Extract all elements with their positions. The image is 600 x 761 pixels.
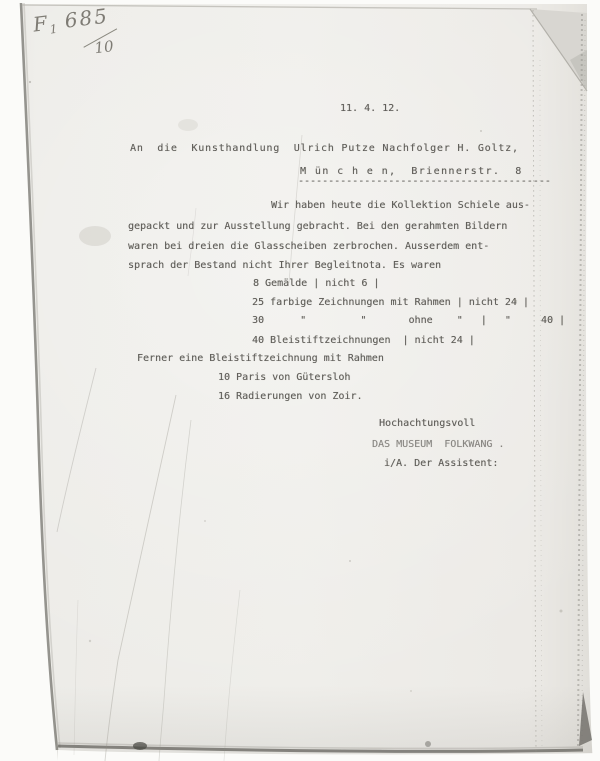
closing-signature: i/A. Der Assistent:: [384, 458, 498, 470]
additional-line-1: Ferner eine Bleistiftzeichnung mit Rahme…: [137, 353, 384, 365]
inventory-item-1: 8 Gemälde | nicht 6 |: [253, 278, 379, 290]
closing-salutation: Hochachtungsvoll: [379, 418, 475, 430]
typed-underline: ----------------------------------------…: [298, 176, 551, 188]
recipient-line: An die Kunsthandlung Ulrich Putze Nachfo…: [130, 143, 519, 155]
date-line: 11. 4. 12.: [340, 103, 400, 115]
inventory-item-4: 40 Bleistiftzeichnungen | nicht 24 |: [252, 335, 475, 347]
additional-line-2: 10 Paris von Gütersloh: [218, 372, 350, 384]
scanned-letter-page: F1 685 10 11. 4. 12. An die Kunsthandlun…: [0, 0, 600, 761]
additional-line-3: 16 Radierungen von Zoir.: [218, 391, 363, 403]
inventory-item-2: 25 farbige Zeichnungen mit Rahmen | nich…: [252, 297, 529, 309]
letter-text: 11. 4. 12. An die Kunsthandlung Ulrich P…: [0, 0, 600, 761]
body-line-3: waren bei dreien die Glasscheiben zerbro…: [128, 241, 489, 253]
inventory-item-3: 30 " " ohne " | " 40 |: [252, 315, 565, 327]
body-line-4: sprach der Bestand nicht Ihrer Begleitno…: [128, 260, 441, 272]
body-line-1: Wir haben heute die Kollektion Schiele a…: [271, 200, 530, 212]
body-line-2: gepackt und zur Ausstellung gebracht. Be…: [128, 221, 507, 233]
closing-sender: DAS MUSEUM FOLKWANG .: [372, 439, 504, 451]
